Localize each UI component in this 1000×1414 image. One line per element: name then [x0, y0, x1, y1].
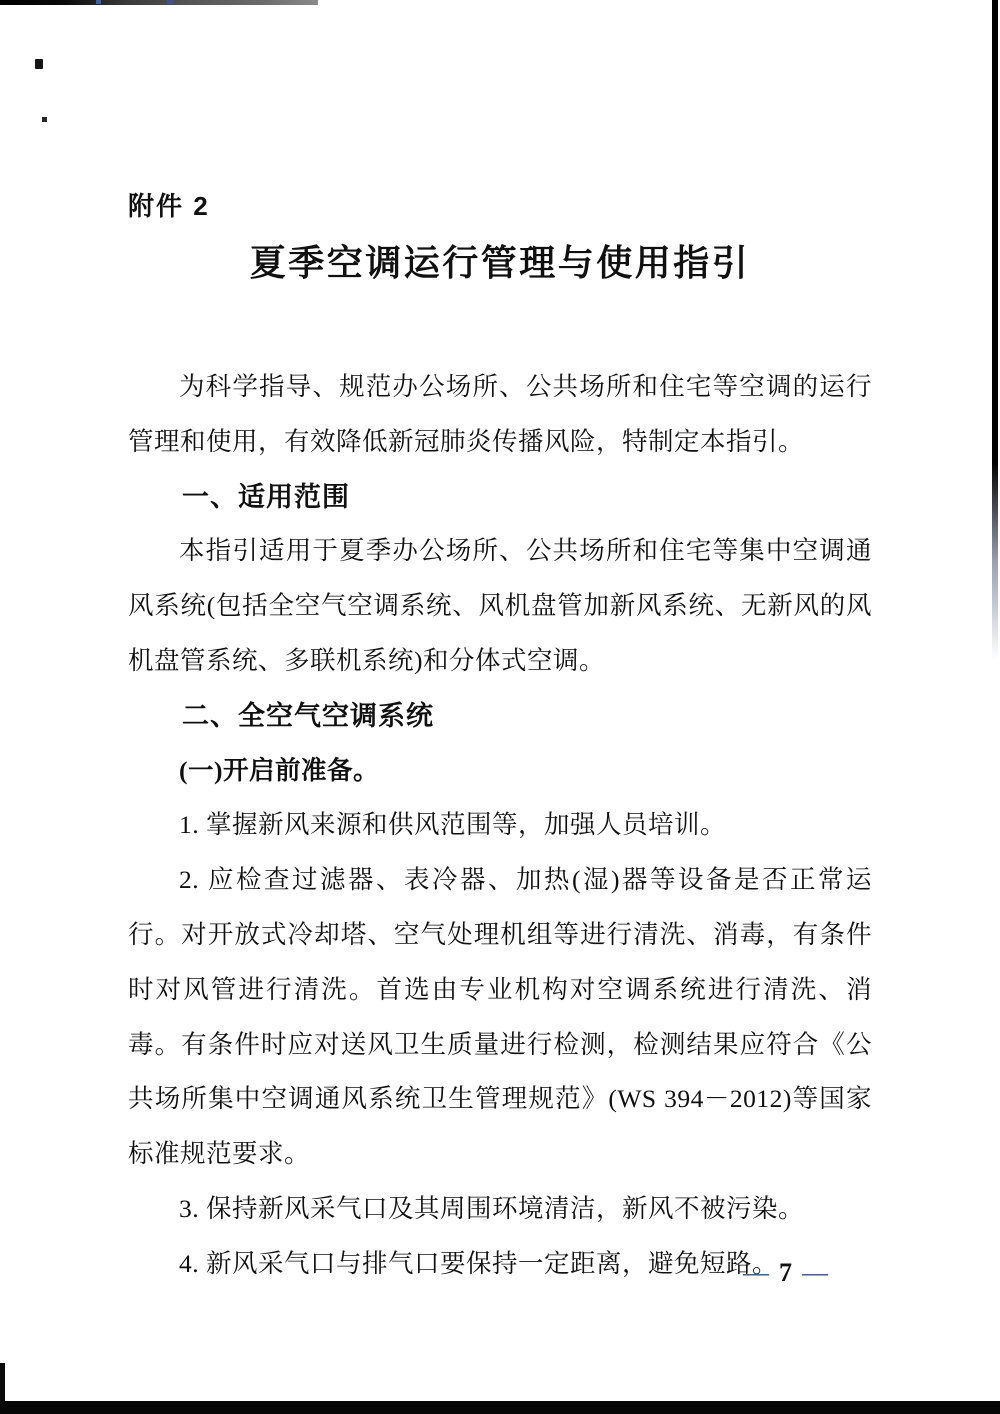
section-1-heading: 一、适用范围 [128, 470, 872, 525]
list-item-3: 3. 保持新风采气口及其周围环境清洁，新风不被污染。 [128, 1182, 872, 1237]
section-2-heading: 二、全空气空调系统 [128, 689, 872, 744]
scanned-document-page: 附件 2 夏季空调运行管理与使用指引 为科学指导、规范办公场所、公共场所和住宅等… [0, 0, 1000, 1414]
page-number-value: 7 [779, 1258, 792, 1287]
document-title: 夏季空调运行管理与使用指引 [128, 234, 872, 292]
list-item-1: 1. 掌握新风来源和供风范围等，加强人员培训。 [128, 798, 872, 853]
scan-artifact-left-notch [0, 1363, 5, 1401]
attachment-label: 附件 2 [128, 186, 872, 226]
scan-artifact-top-bar [0, 0, 318, 5]
section-2-subheading: (一)开启前准备。 [128, 744, 872, 799]
scan-artifact-blue-speck [96, 0, 101, 4]
page-content: 附件 2 夏季空调运行管理与使用指引 为科学指导、规范办公场所、公共场所和住宅等… [128, 186, 872, 1292]
page-number: —7— [733, 1255, 838, 1291]
scan-artifact-blue-speck [167, 0, 173, 4]
page-number-dash-left: — [733, 1258, 779, 1287]
scan-artifact-right-edge-line [992, 0, 998, 660]
page-number-dash-right: — [792, 1258, 838, 1287]
section-1-paragraph: 本指引适用于夏季办公场所、公共场所和住宅等集中空调通风系统(包括全空气空调系统、… [128, 524, 872, 688]
intro-paragraph: 为科学指导、规范办公场所、公共场所和住宅等空调的运行管理和使用，有效降低新冠肺炎… [128, 360, 872, 470]
scan-artifact-ink-speck [42, 117, 47, 122]
scan-artifact-bottom-bar [0, 1401, 1000, 1414]
list-item-2: 2. 应检查过滤器、表冷器、加热(湿)器等设备是否正常运行。对开放式冷却塔、空气… [128, 853, 872, 1182]
scan-artifact-ink-speck [35, 59, 43, 69]
